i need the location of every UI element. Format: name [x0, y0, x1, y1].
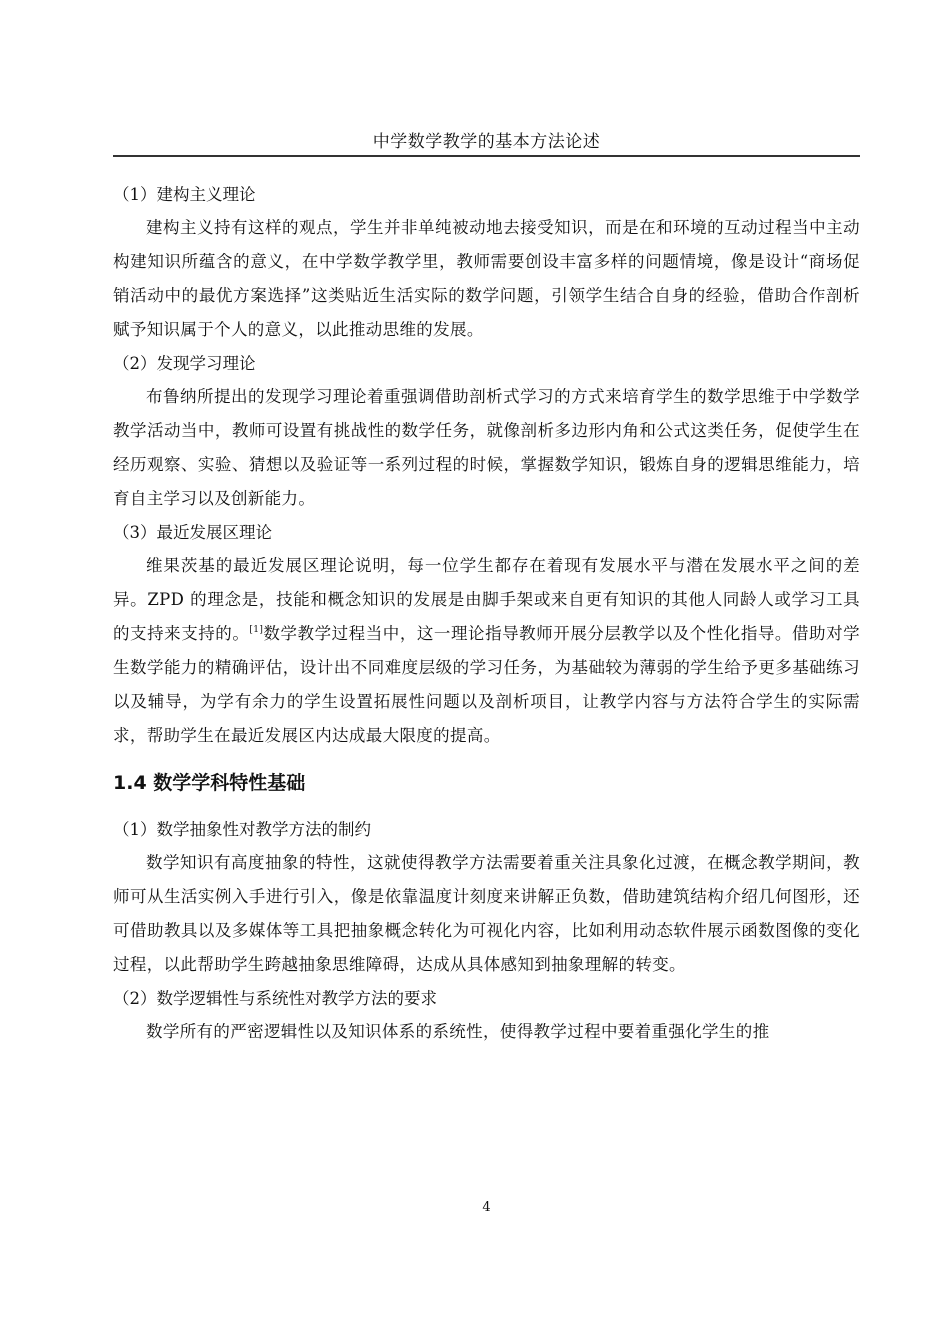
paragraph-constructivism: 建构主义持有这样的观点，学生并非单纯被动地去接受知识，而是在和环境的互动过程当中…	[113, 211, 860, 347]
body-content: （1）建构主义理论 建构主义持有这样的观点，学生并非单纯被动地去接受知识，而是在…	[113, 178, 860, 1049]
citation-reference[interactable]: [1]	[249, 625, 263, 635]
subheading-zpd: （3）最近发展区理论	[113, 516, 860, 549]
section-heading-1-4: 1.4 数学学科特性基础	[113, 771, 860, 795]
document-page: 中学数学教学的基本方法论述 （1）建构主义理论 建构主义持有这样的观点，学生并非…	[0, 0, 950, 1344]
subheading-constructivism: （1）建构主义理论	[113, 178, 860, 211]
paragraph-abstraction: 数学知识有高度抽象的特性，这就使得教学方法需要着重关注具象化过渡，在概念教学期间…	[113, 846, 860, 982]
paragraph-discovery-learning: 布鲁纳所提出的发现学习理论着重强调借助剖析式学习的方式来培育学生的数学思维于中学…	[113, 380, 860, 516]
paragraph-zpd: 维果茨基的最近发展区理论说明，每一位学生都存在着现有发展水平与潜在发展水平之间的…	[113, 549, 860, 753]
subheading-abstraction: （1）数学抽象性对教学方法的制约	[113, 813, 860, 846]
subheading-logic-system: （2）数学逻辑性与系统性对教学方法的要求	[113, 982, 860, 1015]
running-header-title: 中学数学教学的基本方法论述	[113, 131, 860, 153]
subheading-discovery-learning: （2）发现学习理论	[113, 347, 860, 380]
header-rule	[113, 155, 860, 157]
page-number: 4	[113, 1200, 860, 1216]
paragraph-logic-system: 数学所有的严密逻辑性以及知识体系的系统性，使得教学过程中要着重强化学生的推	[113, 1015, 860, 1049]
